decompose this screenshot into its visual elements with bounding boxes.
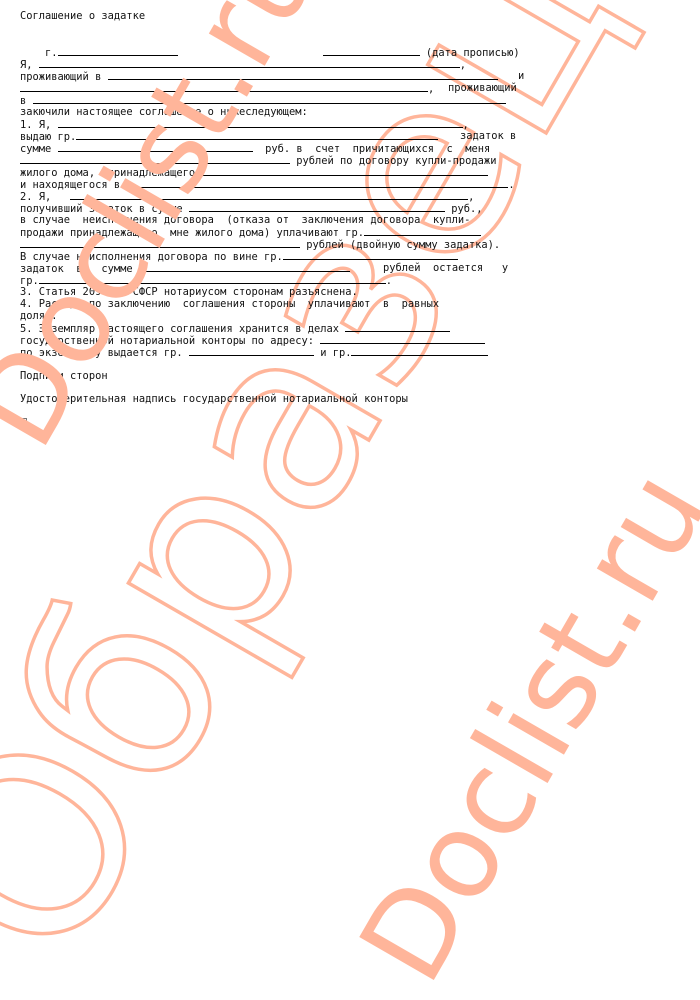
double-blank[interactable]: [20, 238, 300, 248]
party2-line: ,проживающий: [20, 82, 434, 94]
party1-blank[interactable]: [39, 58, 460, 68]
fault-blank[interactable]: [283, 250, 458, 260]
party2-blank[interactable]: [20, 82, 428, 92]
document-page: Соглашение о задатке г. (дата прописью) …: [0, 0, 700, 1000]
notary-line: Удостоверительная надпись государственно…: [20, 393, 408, 405]
breach-line-1: в случае неисполнения договора (отказа о…: [20, 214, 470, 226]
item2-blank[interactable]: [70, 190, 468, 200]
residing2-label: проживающий: [448, 82, 517, 94]
and-label: и: [518, 70, 524, 82]
rubles-line: рублей по договору купли-продажи: [20, 154, 496, 166]
copy-label: по экземпляру выдается гр.: [20, 347, 183, 359]
residing-line: проживающий в и: [20, 70, 498, 82]
received-blank[interactable]: [189, 202, 445, 212]
missing-glyph-box: [20, 418, 27, 428]
breach-line-2: продажи принадлежащего мне жилого дома) …: [20, 226, 481, 238]
issue-blank[interactable]: [76, 130, 438, 140]
house-line: жилого дома, принадлежащего: [20, 166, 488, 178]
item5-line-1: 5. Экземпляр настоящего соглашения храни…: [20, 322, 450, 334]
document-title: Соглашение о задатке: [20, 10, 145, 22]
office-blank[interactable]: [345, 322, 450, 332]
city-blank[interactable]: [58, 46, 178, 56]
residing-blank[interactable]: [108, 70, 498, 80]
item4-line-2: долях.: [20, 310, 58, 322]
deposit-label: задаток в: [460, 130, 516, 142]
signatures-line: Подписи сторон: [20, 370, 108, 382]
concluded-line: закючили настоящее соглашение о нижеслед…: [20, 106, 308, 118]
item3-line: 3. Статья 209 ГК РСФСР нотариусом сторон…: [20, 286, 358, 298]
issue-line: выдаю гр.задаток в: [20, 130, 438, 142]
item4-line-1: 4. Расходы по заключению соглашения стор…: [20, 298, 439, 310]
remains-label: рублей остается у: [383, 262, 508, 274]
pay-citizen-blank[interactable]: [364, 226, 481, 236]
sum-line: сумме руб. в счет причитающихся с меня: [20, 142, 490, 154]
deposit-sum-line: задаток в сумме рублей остается у: [20, 262, 350, 274]
party1-line: Я, ,: [20, 58, 466, 70]
dot: .: [508, 179, 514, 191]
item1-blank[interactable]: [58, 118, 463, 128]
item5-line-3: по экземпляру выдается гр. и гр.: [20, 346, 488, 358]
dot: .: [386, 275, 392, 287]
residing2-line: в: [20, 94, 506, 106]
address-blank[interactable]: [320, 334, 485, 344]
item2-line: 2. Я, ,: [20, 190, 474, 202]
and-citizen-label: и гр.: [320, 347, 351, 359]
received-line: получивший задаток в сумме руб.,: [20, 202, 482, 214]
date-blank[interactable]: [323, 46, 420, 56]
copy-citizen2-blank[interactable]: [351, 346, 488, 356]
city-date-line: г. (дата прописью): [20, 34, 520, 46]
citizen-line: гр..: [20, 274, 392, 286]
sum-blank[interactable]: [58, 142, 253, 152]
deposit-sum-blank[interactable]: [145, 262, 350, 272]
located-blank[interactable]: [126, 178, 508, 188]
item1-line: 1. Я, ,: [20, 118, 469, 130]
rubles-blank[interactable]: [20, 154, 290, 164]
house-blank[interactable]: [201, 166, 488, 176]
fault-line: В случае неисполнения договора по вине г…: [20, 250, 458, 262]
located-line: и находящегося в .: [20, 178, 515, 190]
citizen-blank[interactable]: [39, 274, 386, 284]
double-line: рублей (двойную сумму задатка).: [20, 238, 500, 250]
copy-citizen1-blank[interactable]: [189, 346, 314, 356]
item5-line-2: государственной нотариальной конторы по …: [20, 334, 485, 346]
residing2-blank[interactable]: [33, 94, 506, 104]
